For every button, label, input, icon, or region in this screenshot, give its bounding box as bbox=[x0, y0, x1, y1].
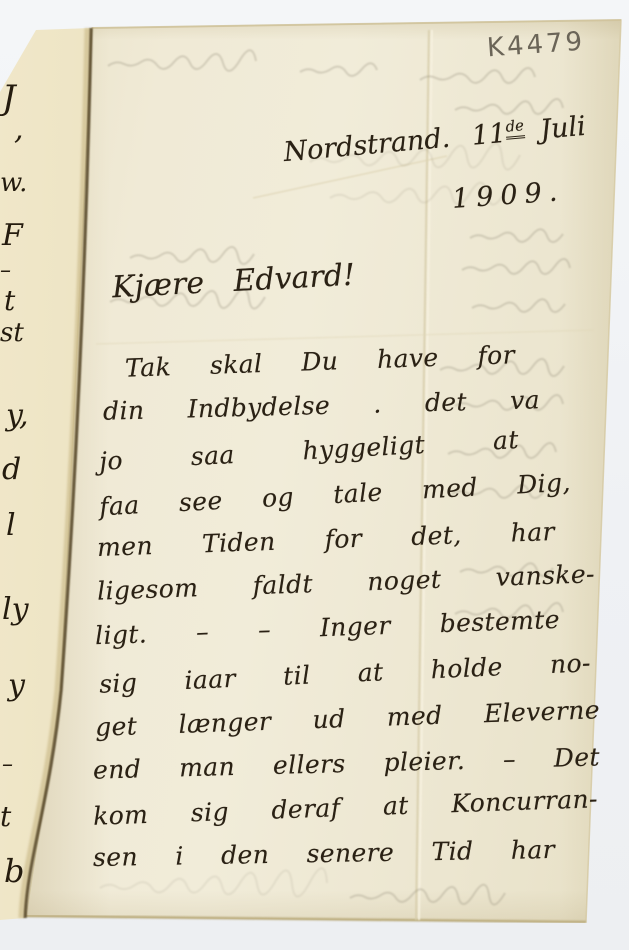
letter-line: Tak skal Du have for bbox=[125, 341, 516, 382]
letter-line: ligt. – – Inger bestemte bbox=[95, 606, 561, 650]
letter-line: sen i den senere Tid har bbox=[93, 836, 555, 872]
dateline-month: Juli bbox=[539, 111, 587, 146]
dateline-day-suffix: de bbox=[505, 116, 525, 140]
ink-fragment: w. bbox=[0, 168, 27, 198]
text-layer: K4479 Nordstrand.11deJuli 1909. Kjære Ed… bbox=[0, 0, 629, 950]
ink-fragment: t bbox=[4, 284, 15, 317]
ink-fragment: ly bbox=[2, 592, 29, 627]
ink-fragment: b bbox=[4, 852, 24, 890]
ink-fragment: y, bbox=[6, 398, 29, 433]
catalog-mark: K4479 bbox=[486, 27, 586, 64]
ink-fragment: l bbox=[6, 508, 16, 543]
letter-line: get længer ud med Eleverne bbox=[95, 696, 601, 741]
ink-fragment: d bbox=[2, 452, 21, 487]
ink-fragment: F bbox=[2, 218, 23, 253]
dateline: Nordstrand.11deJuli bbox=[282, 111, 587, 168]
letter-line: faa see og tale med Dig, bbox=[99, 469, 572, 521]
letter-line: kom sig deraf at Koncurran- bbox=[93, 785, 599, 830]
ink-fragment: – bbox=[0, 258, 11, 283]
ink-fragment: , bbox=[14, 112, 24, 147]
letter-line: ligesom faldt noget vanske- bbox=[97, 560, 596, 605]
ink-fragment: st bbox=[0, 318, 24, 348]
letter-line: din Indbydelse . det va bbox=[103, 386, 541, 425]
dateline-day: 11 bbox=[471, 118, 508, 152]
ink-fragment: y bbox=[8, 668, 25, 703]
scanned-letter-page: K4479 Nordstrand.11deJuli 1909. Kjære Ed… bbox=[0, 0, 629, 950]
letter-line: jo saa hyggeligt at bbox=[99, 426, 520, 475]
ink-fragment: – bbox=[2, 752, 13, 777]
letter-line: sig iaar til at holde no- bbox=[99, 649, 592, 698]
letter-line: end man ellers pleier. – Det bbox=[93, 743, 601, 784]
ink-fragment: t bbox=[0, 800, 11, 833]
letter-line: men Tiden for det, har bbox=[97, 518, 556, 561]
salutation: Kjære Edvard! bbox=[111, 258, 356, 306]
dateline-year: 1909. bbox=[451, 176, 565, 215]
dateline-place: Nordstrand. bbox=[282, 123, 451, 168]
